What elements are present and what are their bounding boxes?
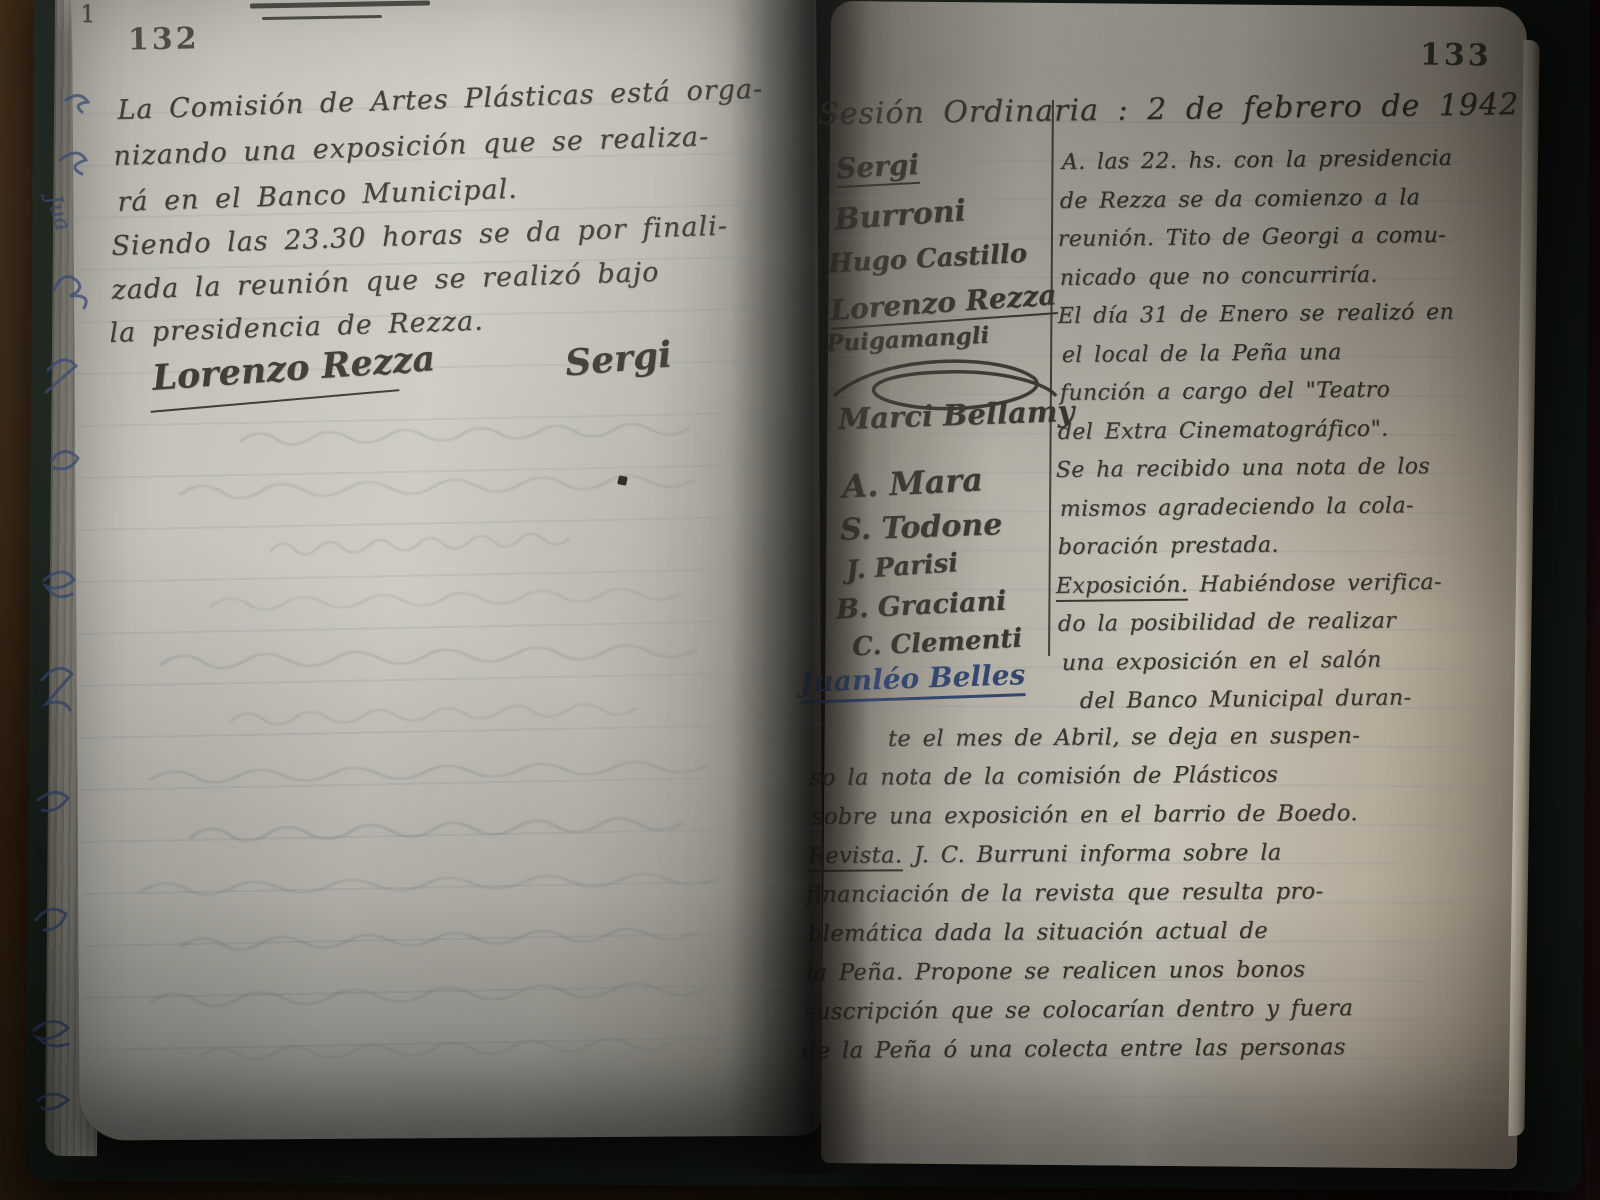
signature-text: Juanléo Belles <box>799 658 1026 704</box>
signature-text: Sergi <box>835 148 920 188</box>
manuscript-line: función a cargo del "Teatro <box>1060 378 1391 406</box>
manuscript-line: de Rezza se da comienzo a la <box>1060 185 1421 214</box>
manuscript-line: financiación de la revista que resulta p… <box>806 878 1324 908</box>
manuscript-line: suscripción que se colocarían dentro y f… <box>804 995 1353 1025</box>
manuscript-line: Se ha recibido una nota de los <box>1056 454 1430 483</box>
manuscript-line: nicado que no concurriría. <box>1060 263 1378 291</box>
manuscript-line: una exposición en el salón <box>1062 648 1382 676</box>
manuscript-line: sobre una exposición en el barrio de Boe… <box>812 800 1358 830</box>
manuscript-line: del Banco Municipal duran- <box>1080 686 1412 714</box>
manuscript-line-exposicion: Exposición. Habiéndose verifica- <box>1056 570 1442 599</box>
signature: Sergi <box>835 148 920 185</box>
manuscript-line: reunión. Tito de Georgi a comu- <box>1058 223 1446 252</box>
signature: S. Todone <box>839 507 1002 548</box>
manuscript-line: el local de la Peña una <box>1062 340 1342 368</box>
manuscript-line-revista: Revista. J. C. Burruni informa sobre la <box>808 840 1282 869</box>
manuscript-line: la Peña. Propone se realicen unos bonos <box>806 957 1306 986</box>
signature: A. Mara <box>841 460 984 505</box>
signature-blue-ink: Juanléo Belles <box>799 658 1025 699</box>
exposicion-heading: Exposición. <box>1056 573 1189 602</box>
manuscript-line: blemática dada la situación actual de <box>808 918 1268 947</box>
manuscript-line: te el mes de Abril, se deja en suspen- <box>888 723 1360 752</box>
bleedthrough-text-icon <box>120 420 820 1100</box>
photo-of-open-minutes-book: Jua 1 132 La Comisión de Artes Plásticas… <box>0 0 1600 1200</box>
manuscript-line: del Extra Cinematográfico". <box>1058 417 1389 445</box>
manuscript-line: El día 31 de Enero se realizó en <box>1058 300 1454 329</box>
manuscript-line: A. las 22. hs. con la presidencia <box>1062 146 1453 175</box>
manuscript-line: de la Peña ó una colecta entre las perso… <box>802 1034 1346 1064</box>
manuscript-line: mismos agradeciendo la cola- <box>1060 493 1414 522</box>
manuscript-line: boración prestada. <box>1058 533 1279 560</box>
exposicion-rest: Habiéndose verifica- <box>1188 570 1442 598</box>
manuscript-line: so la nota de la comisión de Plásticos <box>810 762 1278 791</box>
manuscript-line: do la posibilidad de realizar <box>1058 608 1396 637</box>
revista-heading: Revista. <box>808 842 903 872</box>
underpage-corner-fragment: 1 <box>80 0 95 28</box>
page-number-133: 133 <box>1420 37 1492 73</box>
revista-rest: J. C. Burruni informa sobre la <box>902 840 1281 869</box>
page-number-132: 132 <box>128 21 200 57</box>
